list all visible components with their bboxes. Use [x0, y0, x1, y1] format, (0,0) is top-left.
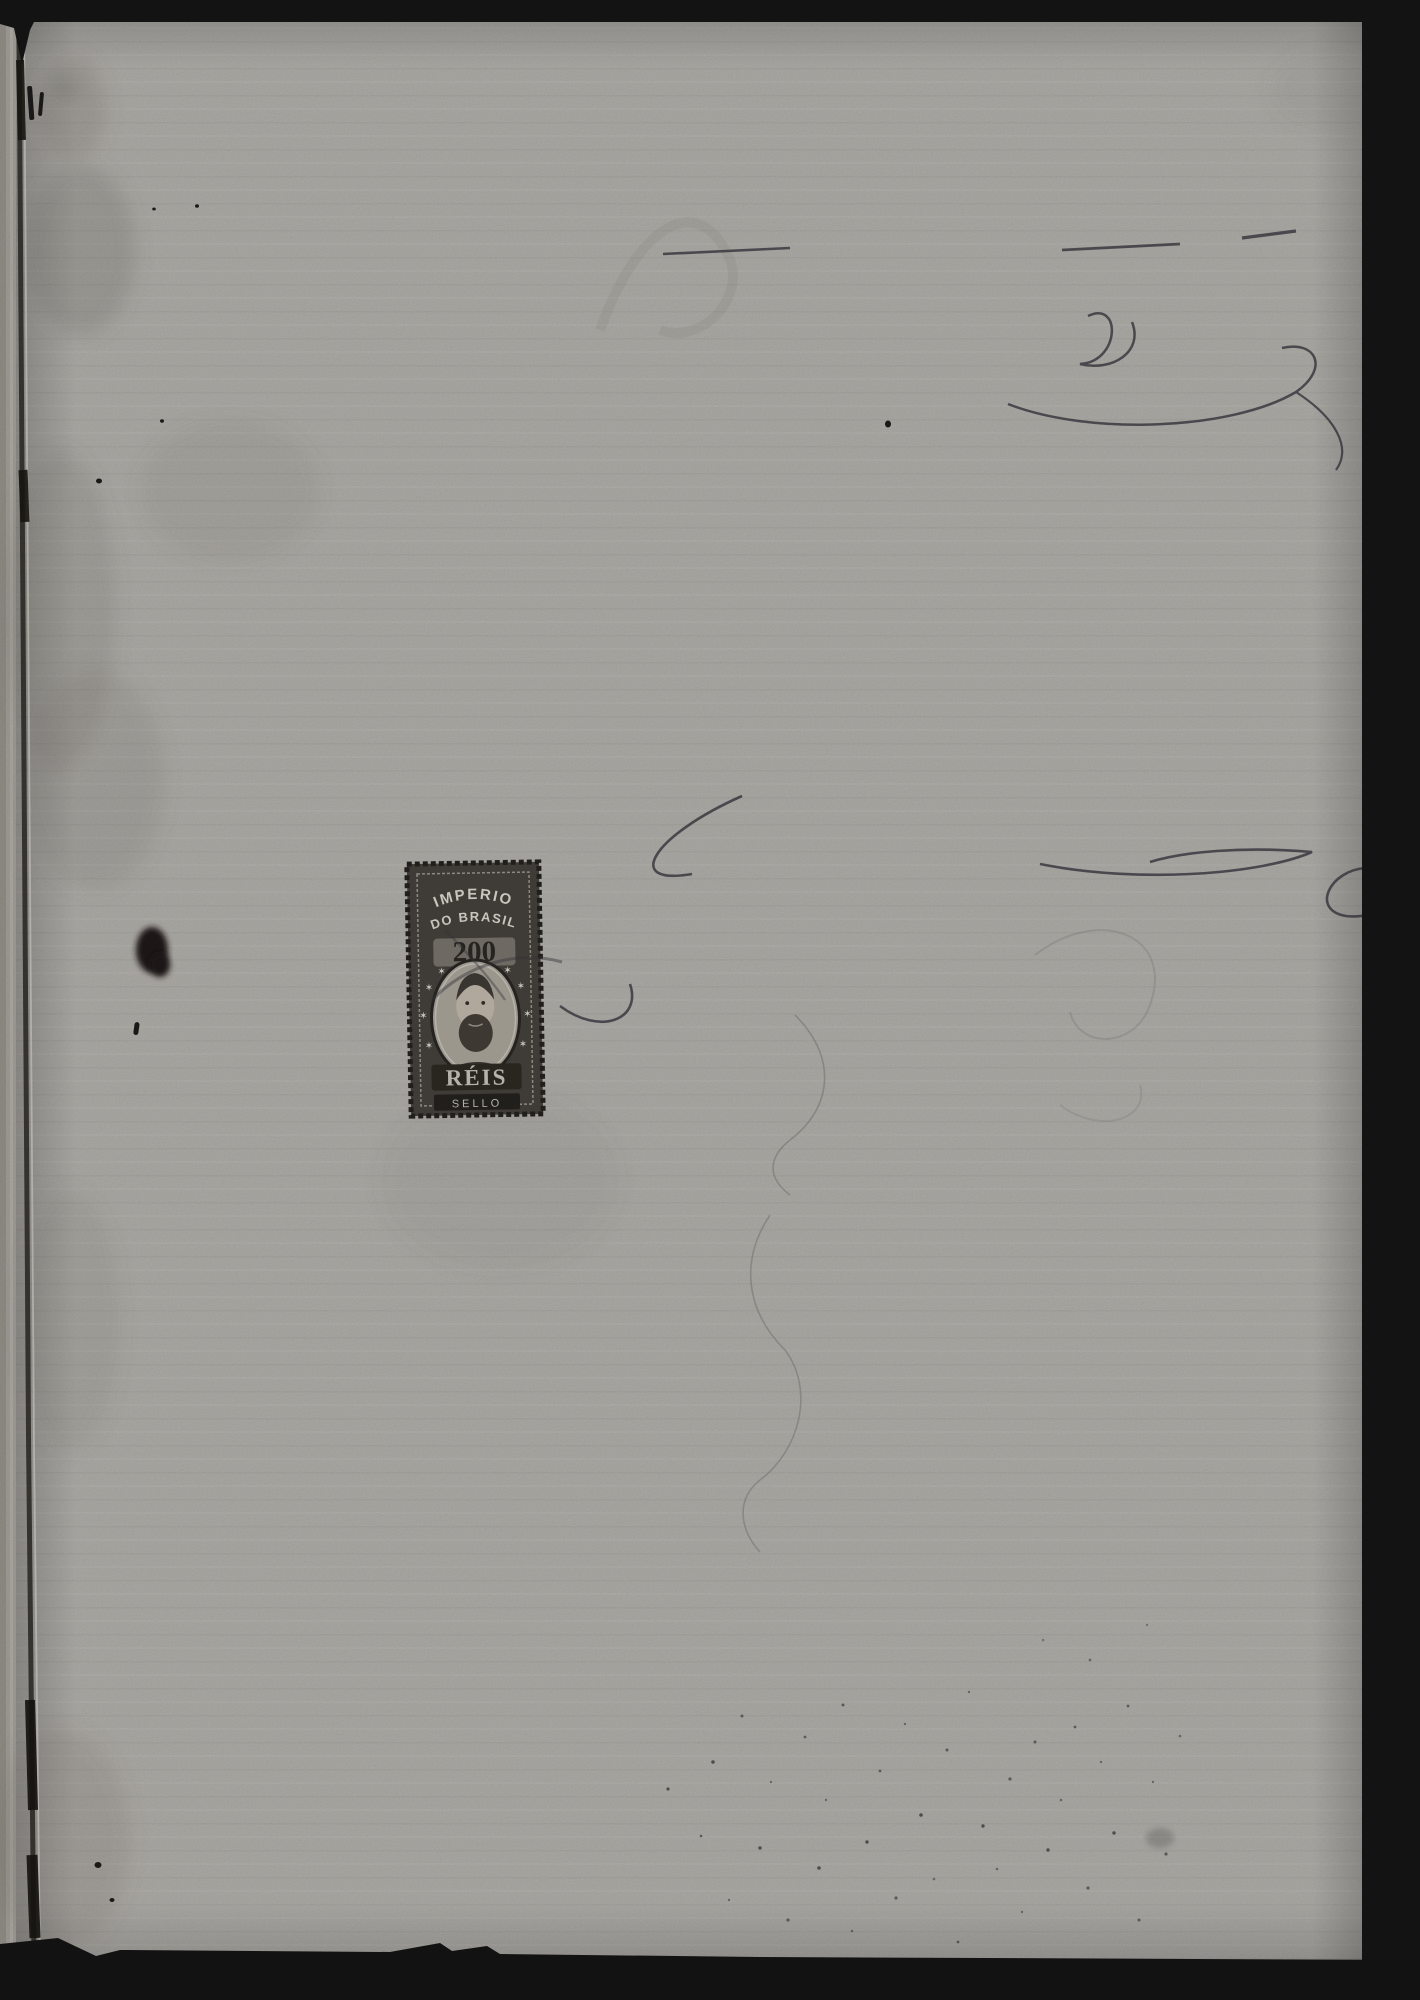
signature-flourishes: [0, 0, 1420, 2000]
scanned-document-page: IMPERIO DO BRASIL 200 ✶✶ ✶✶ ✶✶: [0, 0, 1420, 2000]
